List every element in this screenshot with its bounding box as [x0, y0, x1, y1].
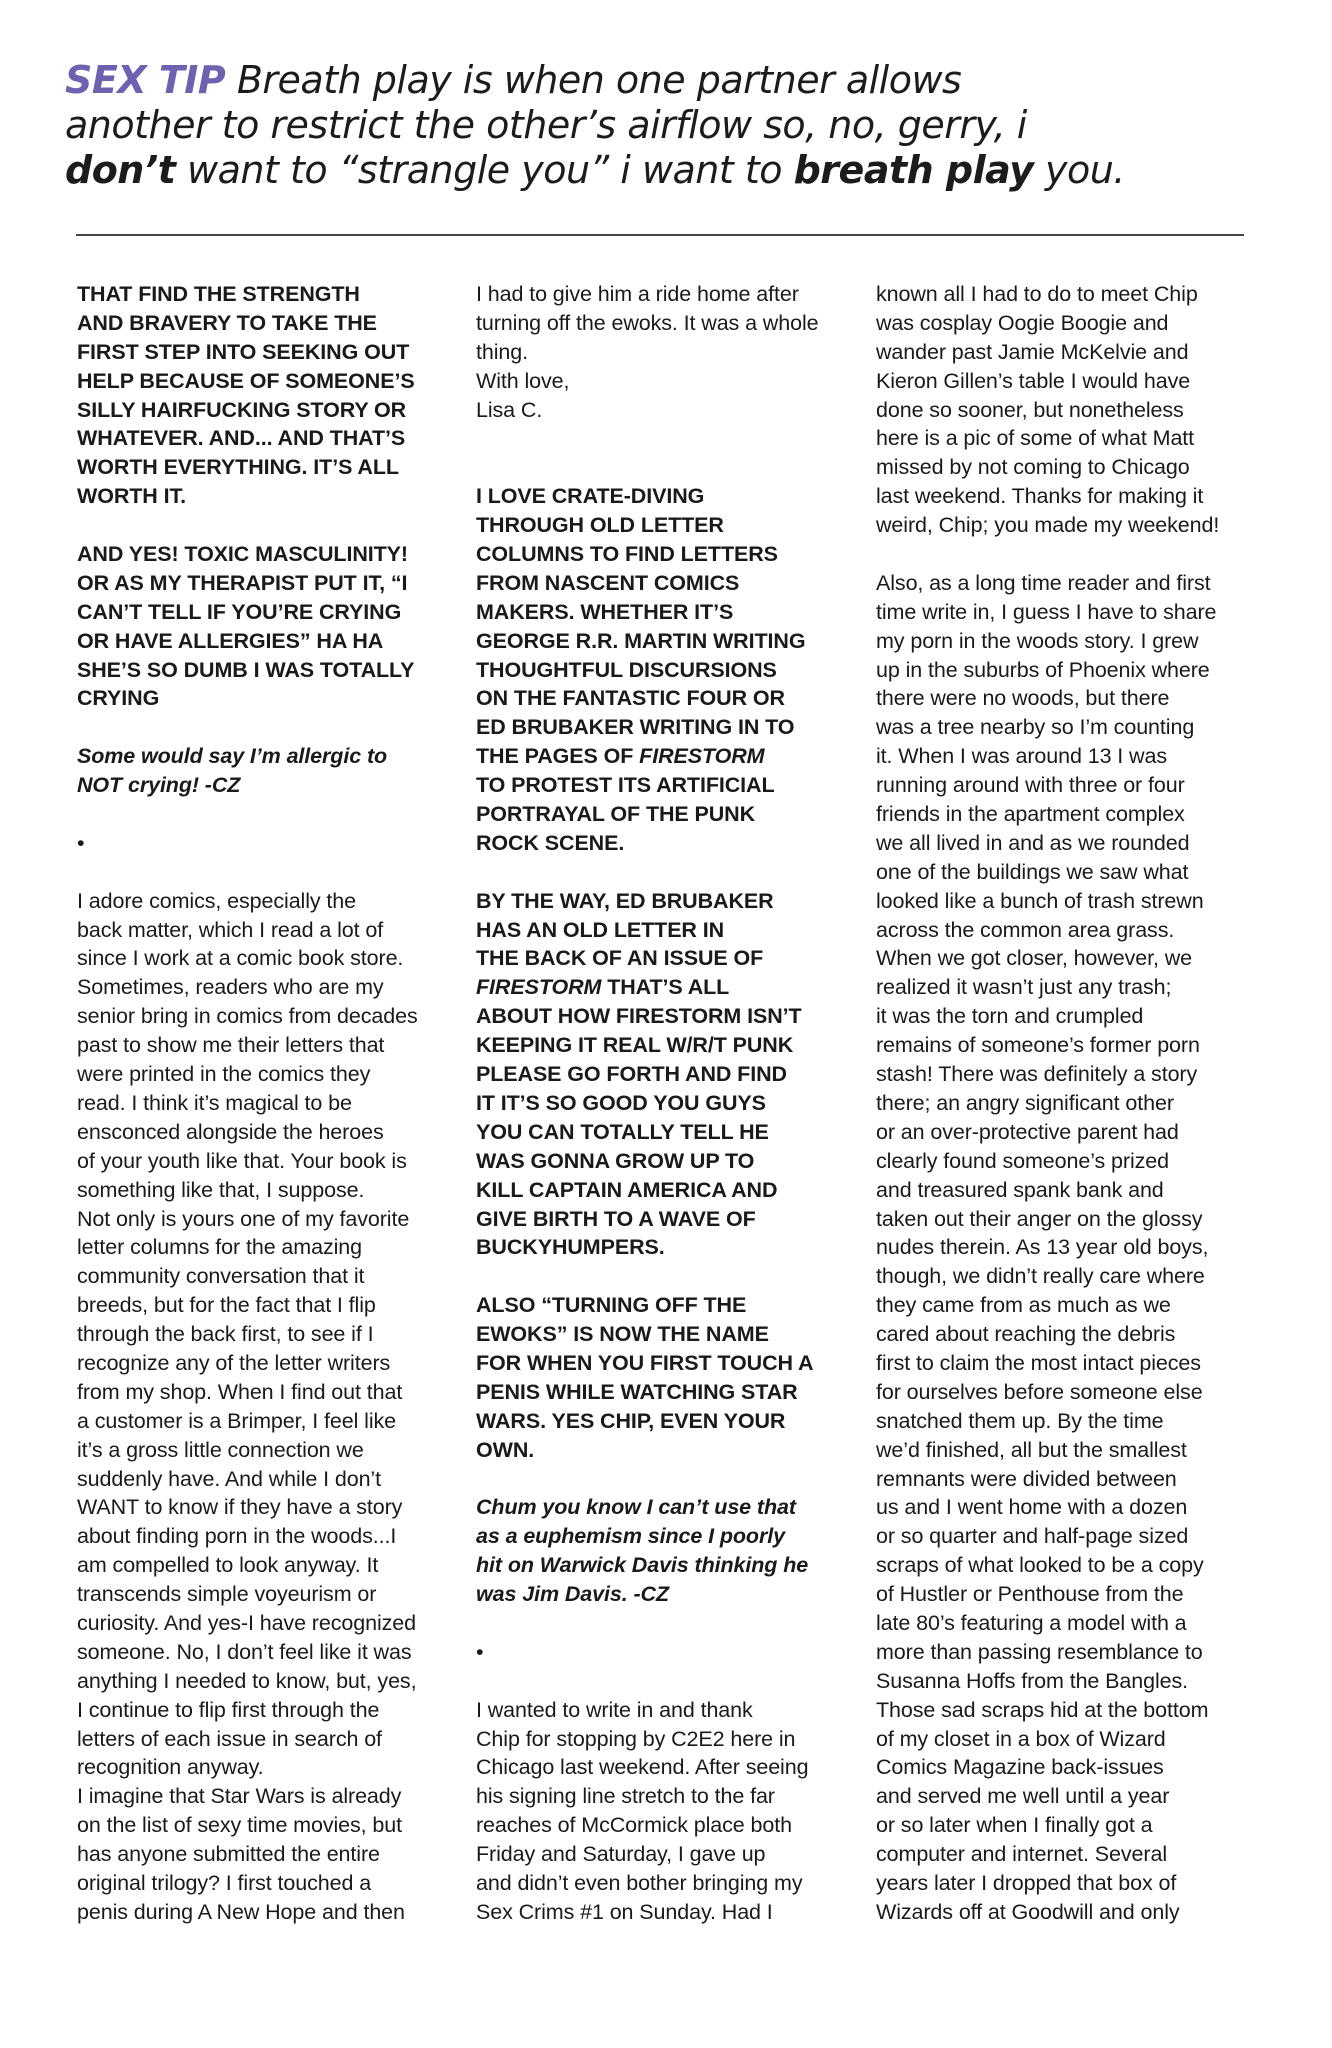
text-line: or so later when I finally got a: [876, 1811, 1261, 1840]
text-line: ROCK SCENE.: [476, 829, 861, 858]
text-line: friends in the apartment complex: [876, 800, 1261, 829]
text-line: breeds, but for the fact that I flip: [77, 1291, 462, 1320]
text-line: it. When I was around 13 I was: [876, 742, 1261, 771]
sex-tip-label: SEX TIP: [65, 58, 225, 102]
header-line-3-end: you.: [1033, 148, 1124, 192]
text-line: senior bring in comics from decades: [77, 1002, 462, 1031]
text-line: realized it wasn’t just any trash;: [876, 973, 1261, 1002]
header-line-1: Breath play is when one partner allows: [225, 58, 961, 102]
text-line: WORTH IT.: [77, 482, 462, 511]
blank-line: [476, 453, 861, 482]
text-line: Susanna Hoffs from the Bangles.: [876, 1667, 1261, 1696]
text-line: us and I went home with a dozen: [876, 1493, 1261, 1522]
text-line: weird, Chip; you made my weekend!: [876, 511, 1261, 540]
text-line: GIVE BIRTH TO A WAVE OF: [476, 1205, 861, 1234]
text-line: read. I think it’s magical to be: [77, 1089, 462, 1118]
blank-line: [476, 1667, 861, 1696]
text-line: clearly found someone’s prized: [876, 1147, 1261, 1176]
letters-column-3: known all I had to do to meet Chipwas co…: [876, 280, 1261, 1927]
text-line: NOT crying! -CZ: [77, 771, 462, 800]
text-line: across the common area grass.: [876, 916, 1261, 945]
blank-line: [876, 540, 1261, 569]
text-line: With love,: [476, 367, 861, 396]
text-line: thing.: [476, 338, 861, 367]
text-line: snatched them up. By the time: [876, 1407, 1261, 1436]
text-line: something like that, I suppose.: [77, 1176, 462, 1205]
text-line: AND BRAVERY TO TAKE THE: [77, 309, 462, 338]
text-line: Kieron Gillen’s table I would have: [876, 367, 1261, 396]
text-line: Comics Magazine back-issues: [876, 1753, 1261, 1782]
text-line: ON THE FANTASTIC FOUR OR: [476, 684, 861, 713]
text-line: done so sooner, but nonetheless: [876, 396, 1261, 425]
text-line: hit on Warwick Davis thinking he: [476, 1551, 861, 1580]
text-line: When we got closer, however, we: [876, 944, 1261, 973]
text-line: and served me well until a year: [876, 1782, 1261, 1811]
text-line: they came from as much as we: [876, 1291, 1261, 1320]
blank-line: [476, 424, 861, 453]
text-line: IT IT’S SO GOOD YOU GUYS: [476, 1089, 861, 1118]
text-line: was a tree nearby so I’m counting: [876, 713, 1261, 742]
header-line-2: another to restrict the other’s airflow …: [65, 103, 1027, 147]
text-line: HELP BECAUSE OF SOMEONE’S: [77, 367, 462, 396]
text-line: missed by not coming to Chicago: [876, 453, 1261, 482]
sex-tip-header: SEX TIP Breath play is when one partner …: [65, 58, 1265, 193]
header-emphasis-dont: don’t: [65, 148, 175, 192]
text-line: past to show me their letters that: [77, 1031, 462, 1060]
text-line: EWOKS” IS NOW THE NAME: [476, 1320, 861, 1349]
text-line: FIRST STEP INTO SEEKING OUT: [77, 338, 462, 367]
text-line: penis during A New Hope and then: [77, 1898, 462, 1927]
text-line: through the back first, to see if I: [77, 1320, 462, 1349]
text-line: Chum you know I can’t use that: [476, 1493, 861, 1522]
text-line: one of the buildings we saw what: [876, 858, 1261, 887]
text-line: CAN’T TELL IF YOU’RE CRYING: [77, 598, 462, 627]
blank-line: [476, 1609, 861, 1638]
text-line: FOR WHEN YOU FIRST TOUCH A: [476, 1349, 861, 1378]
text-line: stash! There was definitely a story: [876, 1060, 1261, 1089]
text-line: KEEPING IT REAL W/R/T PUNK: [476, 1031, 861, 1060]
text-line: here is a pic of some of what Matt: [876, 424, 1261, 453]
blank-line: [77, 511, 462, 540]
text-line: letter columns for the amazing: [77, 1233, 462, 1262]
text-line: about finding porn in the woods...I: [77, 1522, 462, 1551]
text-line: someone. No, I don’t feel like it was: [77, 1638, 462, 1667]
text-line: scraps of what looked to be a copy: [876, 1551, 1261, 1580]
text-line: late 80’s featuring a model with a: [876, 1609, 1261, 1638]
text-line: cared about reaching the debris: [876, 1320, 1261, 1349]
text-line: or so quarter and half-page sized: [876, 1522, 1261, 1551]
text-line: BY THE WAY, ED BRUBAKER: [476, 887, 861, 916]
header-emphasis-breath-play: breath play: [794, 148, 1034, 192]
text-line: COLUMNS TO FIND LETTERS: [476, 540, 861, 569]
text-line: years later I dropped that box of: [876, 1869, 1261, 1898]
text-line: since I work at a comic book store.: [77, 944, 462, 973]
text-line: there; an angry significant other: [876, 1089, 1261, 1118]
text-line: was Jim Davis. -CZ: [476, 1580, 861, 1609]
text-line: taken out their anger on the glossy: [876, 1205, 1261, 1234]
text-line: suddenly have. And while I don’t: [77, 1465, 462, 1494]
text-line: OR HAVE ALLERGIES” HA HA: [77, 627, 462, 656]
text-line: GEORGE R.R. MARTIN WRITING: [476, 627, 861, 656]
text-line: Lisa C.: [476, 396, 861, 425]
text-line: WARS. YES CHIP, EVEN YOUR: [476, 1407, 861, 1436]
text-line: there were no woods, but there: [876, 684, 1261, 713]
text-line: THE BACK OF AN ISSUE OF: [476, 944, 861, 973]
text-line: WHATEVER. AND... AND THAT’S: [77, 424, 462, 453]
text-line: TO PROTEST ITS ARTIFICIAL: [476, 771, 861, 800]
blank-line: [476, 1465, 861, 1494]
text-line: from my shop. When I find out that: [77, 1378, 462, 1407]
text-line: WANT to know if they have a story: [77, 1493, 462, 1522]
text-line: ALSO “TURNING OFF THE: [476, 1291, 861, 1320]
title-italic: FIRESTORM: [476, 975, 601, 999]
text-line: last weekend. Thanks for making it: [876, 482, 1261, 511]
text-line: Also, as a long time reader and first: [876, 569, 1261, 598]
text-line: I imagine that Star Wars is already: [77, 1782, 462, 1811]
blank-line: [476, 858, 861, 887]
text-line: and treasured spank bank and: [876, 1176, 1261, 1205]
text-line: SHE’S SO DUMB I WAS TOTALLY: [77, 656, 462, 685]
text-line: for ourselves before someone else: [876, 1378, 1261, 1407]
text-line: on the list of sexy time movies, but: [77, 1811, 462, 1840]
blank-line: [77, 713, 462, 742]
blank-line: [77, 800, 462, 829]
text-line: YOU CAN TOTALLY TELL HE: [476, 1118, 861, 1147]
text-line: PORTRAYAL OF THE PUNK: [476, 800, 861, 829]
text-line: remnants were divided between: [876, 1465, 1261, 1494]
text-line: anything I needed to know, but, yes,: [77, 1667, 462, 1696]
text-line: it was the torn and crumpled: [876, 1002, 1261, 1031]
text-line: or an over-protective parent had: [876, 1118, 1261, 1147]
text-line: nudes therein. As 13 year old boys,: [876, 1233, 1261, 1262]
text-line: though, we didn’t really care where: [876, 1262, 1261, 1291]
text-line: back matter, which I read a lot of: [77, 916, 462, 945]
text-line: my porn in the woods story. I grew: [876, 627, 1261, 656]
text-line: I LOVE CRATE-DIVING: [476, 482, 861, 511]
text-line: reaches of McCormick place both: [476, 1811, 861, 1840]
text-line: Chip for stopping by C2E2 here in: [476, 1725, 861, 1754]
text-line: KILL CAPTAIN AMERICA AND: [476, 1176, 861, 1205]
text-line: recognize any of the letter writers: [77, 1349, 462, 1378]
text-line: Not only is yours one of my favorite: [77, 1205, 462, 1234]
text-line: a customer is a Brimper, I feel like: [77, 1407, 462, 1436]
text-line: am compelled to look anyway. It: [77, 1551, 462, 1580]
text-line: PENIS WHILE WATCHING STAR: [476, 1378, 861, 1407]
text-line: SILLY HAIRFUCKING STORY OR: [77, 396, 462, 425]
text-line: THAT FIND THE STRENGTH: [77, 280, 462, 309]
text-line: we all lived in and as we rounded: [876, 829, 1261, 858]
text-line: time write in, I guess I have to share: [876, 598, 1261, 627]
text-line: and didn’t even bother bringing my: [476, 1869, 861, 1898]
title-italic: FIRESTORM: [639, 744, 764, 768]
text-line: looked like a bunch of trash strewn: [876, 887, 1261, 916]
text-line: THOUGHTFUL DISCURSIONS: [476, 656, 861, 685]
text-line: THE PAGES OF FIRESTORM: [476, 742, 861, 771]
letter-separator: •: [77, 829, 462, 858]
text-line: OR AS MY THERAPIST PUT IT, “I: [77, 569, 462, 598]
text-line: Chicago last weekend. After seeing: [476, 1753, 861, 1782]
text-line: ensconced alongside the heroes: [77, 1118, 462, 1147]
text-line: known all I had to do to meet Chip: [876, 280, 1261, 309]
text-line: we’d finished, all but the smallest: [876, 1436, 1261, 1465]
text-line: his signing line stretch to the far: [476, 1782, 861, 1811]
text-line: Sometimes, readers who are my: [77, 973, 462, 1002]
text-line: I wanted to write in and thank: [476, 1696, 861, 1725]
blank-line: [77, 858, 462, 887]
text-line: I had to give him a ride home after: [476, 280, 861, 309]
text-line: ABOUT HOW FIRESTORM ISN’T: [476, 1002, 861, 1031]
letters-column-1: THAT FIND THE STRENGTHAND BRAVERY TO TAK…: [77, 280, 462, 1927]
blank-line: [476, 1262, 861, 1291]
text-line: remains of someone’s former porn: [876, 1031, 1261, 1060]
text-line: curiosity. And yes-I have recognized: [77, 1609, 462, 1638]
text-line: MAKERS. WHETHER IT’S: [476, 598, 861, 627]
text-line: of Hustler or Penthouse from the: [876, 1580, 1261, 1609]
text-line: as a euphemism since I poorly: [476, 1522, 861, 1551]
text-line: THROUGH OLD LETTER: [476, 511, 861, 540]
text-line: Wizards off at Goodwill and only: [876, 1898, 1261, 1927]
text-line: WORTH EVERYTHING. IT’S ALL: [77, 453, 462, 482]
letters-column-2: I had to give him a ride home afterturni…: [476, 280, 861, 1927]
text-line: original trilogy? I first touched a: [77, 1869, 462, 1898]
text-line: AND YES! TOXIC MASCULINITY!: [77, 540, 462, 569]
text-line: up in the suburbs of Phoenix where: [876, 656, 1261, 685]
text-line: OWN.: [476, 1436, 861, 1465]
text-line: Sex Crims #1 on Sunday. Had I: [476, 1898, 861, 1927]
text-line: wander past Jamie McKelvie and: [876, 338, 1261, 367]
header-divider: [76, 234, 1244, 236]
text-line: has anyone submitted the entire: [77, 1840, 462, 1869]
text-line: it’s a gross little connection we: [77, 1436, 462, 1465]
text-line: HAS AN OLD LETTER IN: [476, 916, 861, 945]
text-line: was cosplay Oogie Boogie and: [876, 309, 1261, 338]
letter-separator: •: [476, 1638, 861, 1667]
text-line: BUCKYHUMPERS.: [476, 1233, 861, 1262]
text-line: WAS GONNA GROW UP TO: [476, 1147, 861, 1176]
text-line: letters of each issue in search of: [77, 1725, 462, 1754]
text-line: more than passing resemblance to: [876, 1638, 1261, 1667]
text-line: ED BRUBAKER WRITING IN TO: [476, 713, 861, 742]
text-line: turning off the ewoks. It was a whole: [476, 309, 861, 338]
text-line: computer and internet. Several: [876, 1840, 1261, 1869]
text-line: of my closet in a box of Wizard: [876, 1725, 1261, 1754]
text-line: running around with three or four: [876, 771, 1261, 800]
text-line: Those sad scraps hid at the bottom: [876, 1696, 1261, 1725]
text-line: transcends simple voyeurism or: [77, 1580, 462, 1609]
text-line: FIRESTORM THAT’S ALL: [476, 973, 861, 1002]
text-line: PLEASE GO FORTH AND FIND: [476, 1060, 861, 1089]
text-line: of your youth like that. Your book is: [77, 1147, 462, 1176]
text-line: Some would say I’m allergic to: [77, 742, 462, 771]
text-line: Friday and Saturday, I gave up: [476, 1840, 861, 1869]
text-line: CRYING: [77, 684, 462, 713]
text-line: I continue to flip first through the: [77, 1696, 462, 1725]
text-line: I adore comics, especially the: [77, 887, 462, 916]
header-line-3: want to “strangle you” i want to: [175, 148, 793, 192]
text-line: first to claim the most intact pieces: [876, 1349, 1261, 1378]
text-line: community conversation that it: [77, 1262, 462, 1291]
text-line: were printed in the comics they: [77, 1060, 462, 1089]
text-line: recognition anyway.: [77, 1753, 462, 1782]
text-line: FROM NASCENT COMICS: [476, 569, 861, 598]
